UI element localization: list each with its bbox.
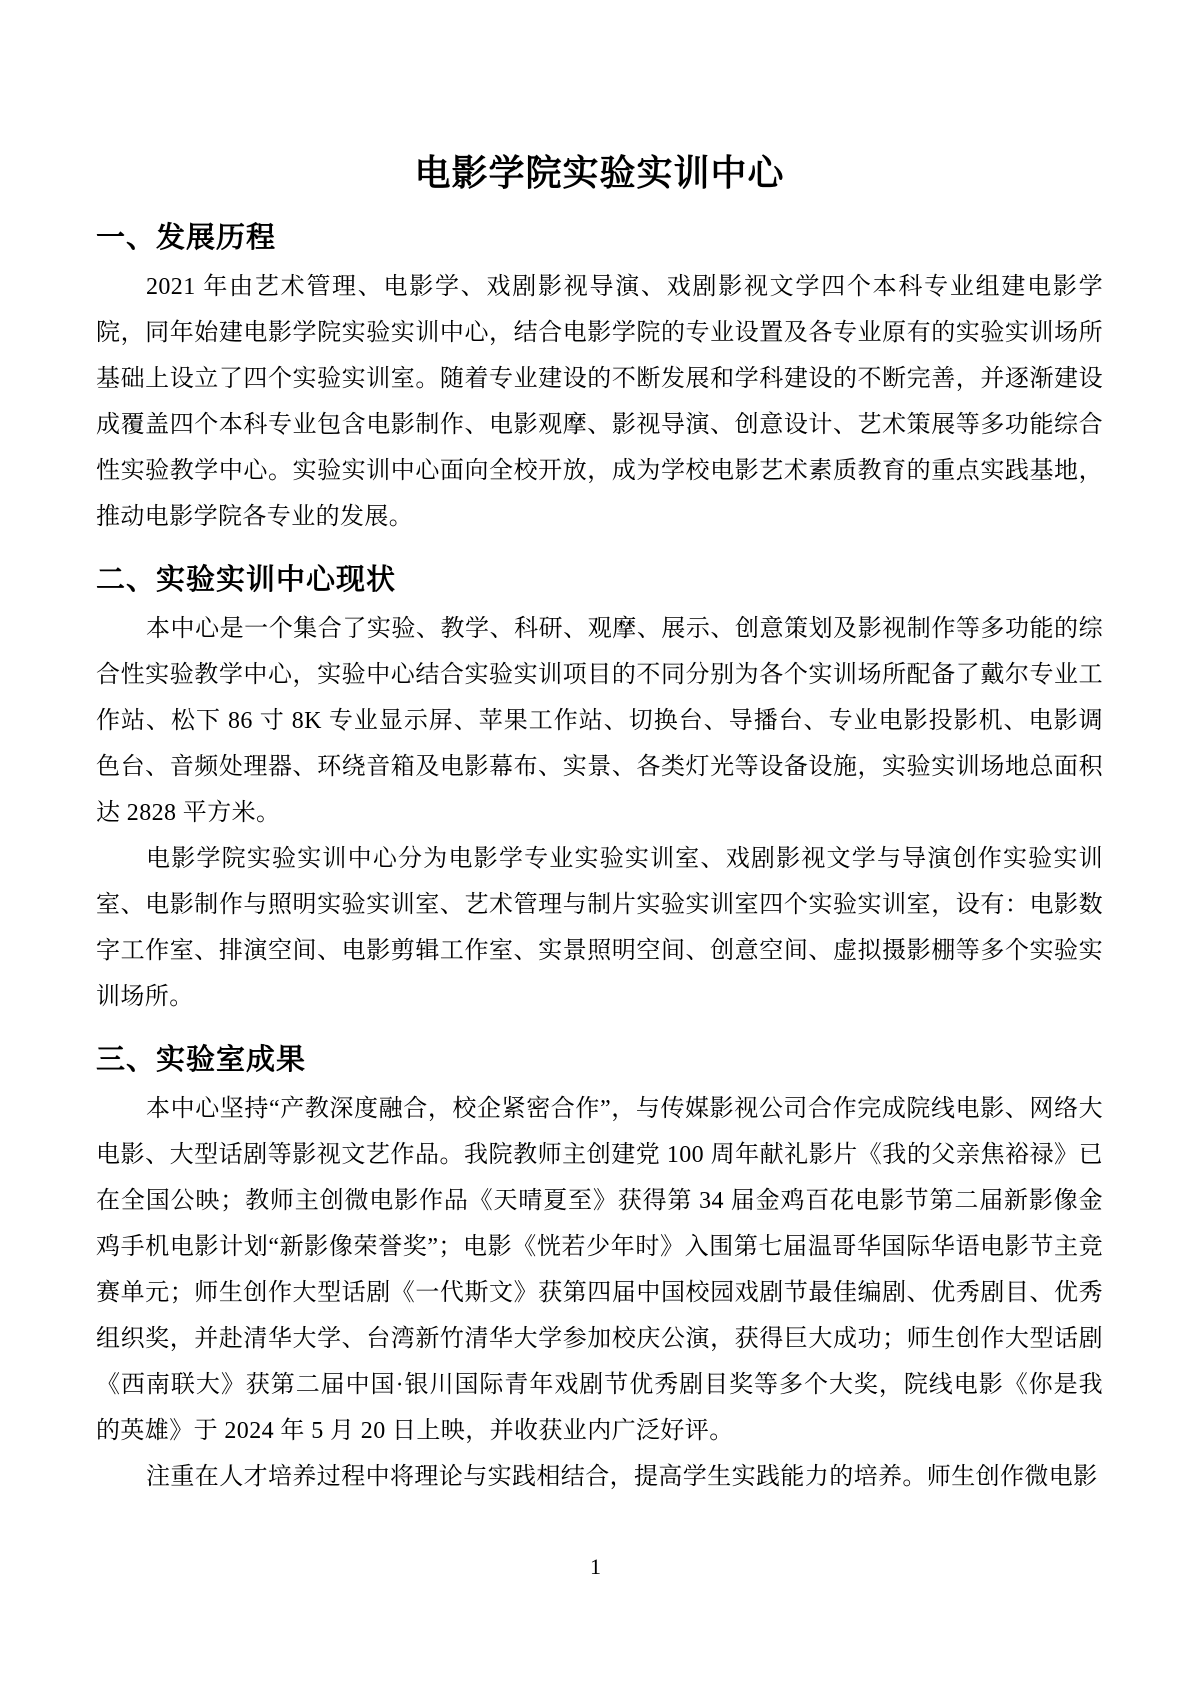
paragraph-lab-achievements: 本中心坚持“产教深度融合，校企紧密合作”，与传媒影视公司合作完成院线电影、网络大… (96, 1086, 1103, 1454)
document-page: 电影学院实验实训中心 一、发展历程 2021 年由艺术管理、电影学、戏剧影视导演… (0, 0, 1191, 1684)
section-heading-lab-achievements: 三、实验室成果 (96, 1040, 1103, 1080)
paragraph-center-status-rooms: 电影学院实验实训中心分为电影学专业实验实训室、戏剧影视文学与导演创作实验实训室、… (96, 836, 1103, 1020)
page-number: 1 (0, 1554, 1191, 1580)
paragraph-center-status-equipment: 本中心是一个集合了实验、教学、科研、观摩、展示、创意策划及影视制作等多功能的综合… (96, 606, 1103, 836)
document-title: 电影学院实验实训中心 (96, 148, 1103, 198)
paragraph-development-history: 2021 年由艺术管理、电影学、戏剧影视导演、戏剧影视文学四个本科专业组建电影学… (96, 264, 1103, 540)
paragraph-talent-cultivation: 注重在人才培养过程中将理论与实践相结合，提高学生实践能力的培养。师生创作微电影 (96, 1454, 1103, 1500)
section-heading-development-history: 一、发展历程 (96, 218, 1103, 258)
section-heading-center-status: 二、实验实训中心现状 (96, 560, 1103, 600)
